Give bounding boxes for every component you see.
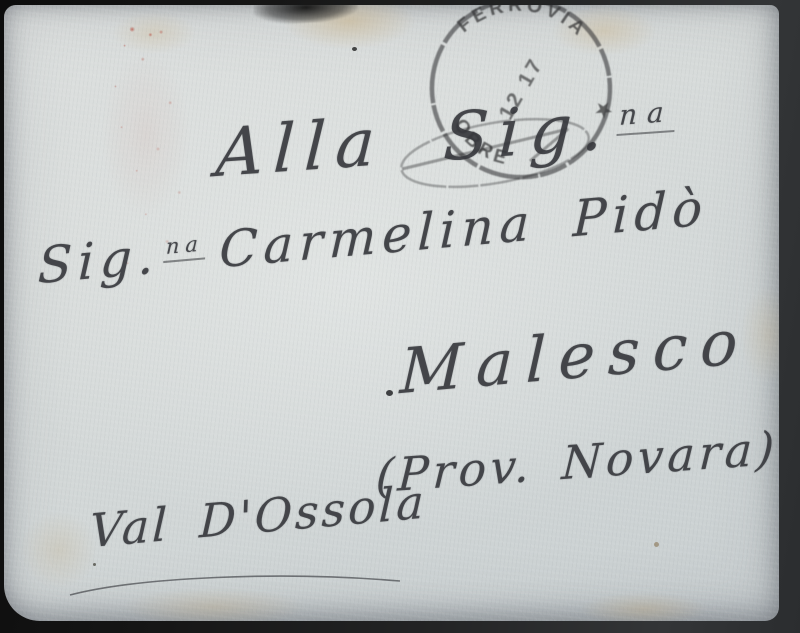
underline-flourish (60, 563, 410, 607)
envelope-front: FERROVIA ★ 12 17 OBRE Alla Sig.na Sig.na… (4, 5, 779, 621)
underline-stroke (70, 576, 400, 595)
address-line-town: Malesco (399, 310, 752, 403)
foxing-speck (654, 542, 659, 547)
salutation-superscript: na (616, 95, 676, 136)
address-line-valley: Val D'Ossola (89, 478, 427, 554)
envelope-scan-scene: FERROVIA ★ 12 17 OBRE Alla Sig.na Sig.na… (0, 0, 800, 633)
address-line-salutation: Alla Sig.na (214, 89, 677, 188)
ink-blot (386, 390, 393, 396)
title-superscript: na (163, 232, 206, 264)
address-line-province: (Prov. Novara) (375, 425, 779, 499)
ink-smudge-top-edge (253, 5, 358, 26)
title-text: Sig. (37, 226, 161, 295)
ink-speck (352, 47, 357, 51)
